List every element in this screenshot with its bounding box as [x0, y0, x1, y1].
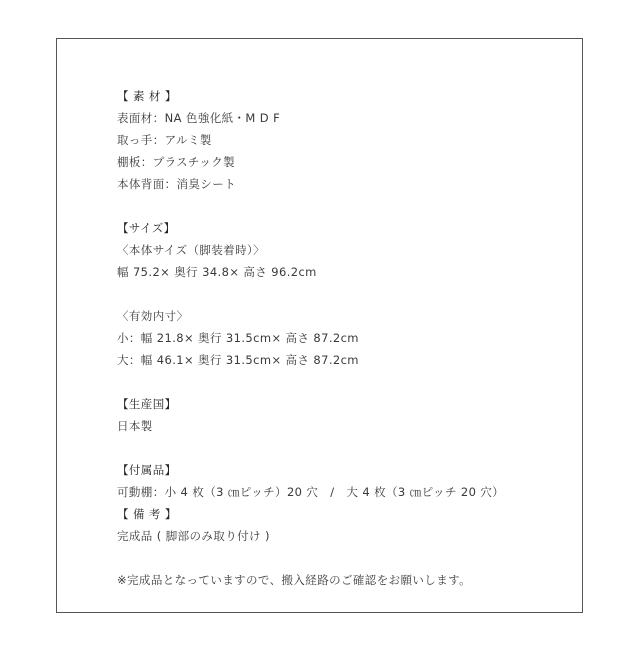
material-shelf: 棚板：プラスチック製 — [117, 151, 504, 173]
size-inner-large: 大：幅 46.1× 奥行 31.5cm× 高さ 87.2cm — [117, 349, 504, 371]
material-surface: 表面材：NA 色強化紙・M D F — [117, 107, 504, 129]
size-body-dims: 幅 75.2× 奥行 34.8× 高さ 96.2cm — [117, 261, 504, 283]
spacer — [117, 437, 504, 459]
material-heading: 【 素 材 】 — [117, 85, 504, 107]
origin-heading: 【生産国】 — [117, 393, 504, 415]
size-inner-small: 小：幅 21.8× 奥行 31.5cm× 高さ 87.2cm — [117, 327, 504, 349]
spacer — [117, 283, 504, 305]
spec-content: 【 素 材 】 表面材：NA 色強化紙・M D F 取っ手：アルミ製 棚板：プラ… — [117, 85, 504, 591]
size-heading: 【サイズ】 — [117, 217, 504, 239]
spacer — [117, 547, 504, 569]
material-back: 本体背面：消臭シート — [117, 173, 504, 195]
accessories-heading: 【付属品】 — [117, 459, 504, 481]
delivery-notice: ※完成品となっていますので、搬入経路のご確認をお願いします。 — [117, 569, 504, 591]
notes-value: 完成品 ( 脚部のみ取り付け ) — [117, 525, 504, 547]
accessories-value: 可動棚：小 4 枚（3 ㎝ピッチ）20 穴 / 大 4 枚（3 ㎝ピッチ 20 … — [117, 481, 504, 503]
size-body-label: 〈本体サイズ（脚装着時）〉 — [117, 239, 504, 261]
material-handle: 取っ手：アルミ製 — [117, 129, 504, 151]
spec-box: 【 素 材 】 表面材：NA 色強化紙・M D F 取っ手：アルミ製 棚板：プラ… — [56, 38, 583, 613]
origin-value: 日本製 — [117, 415, 504, 437]
notes-heading: 【 備 考 】 — [117, 503, 504, 525]
size-inner-label: 〈有効内寸〉 — [117, 305, 504, 327]
spacer — [117, 195, 504, 217]
spacer — [117, 371, 504, 393]
